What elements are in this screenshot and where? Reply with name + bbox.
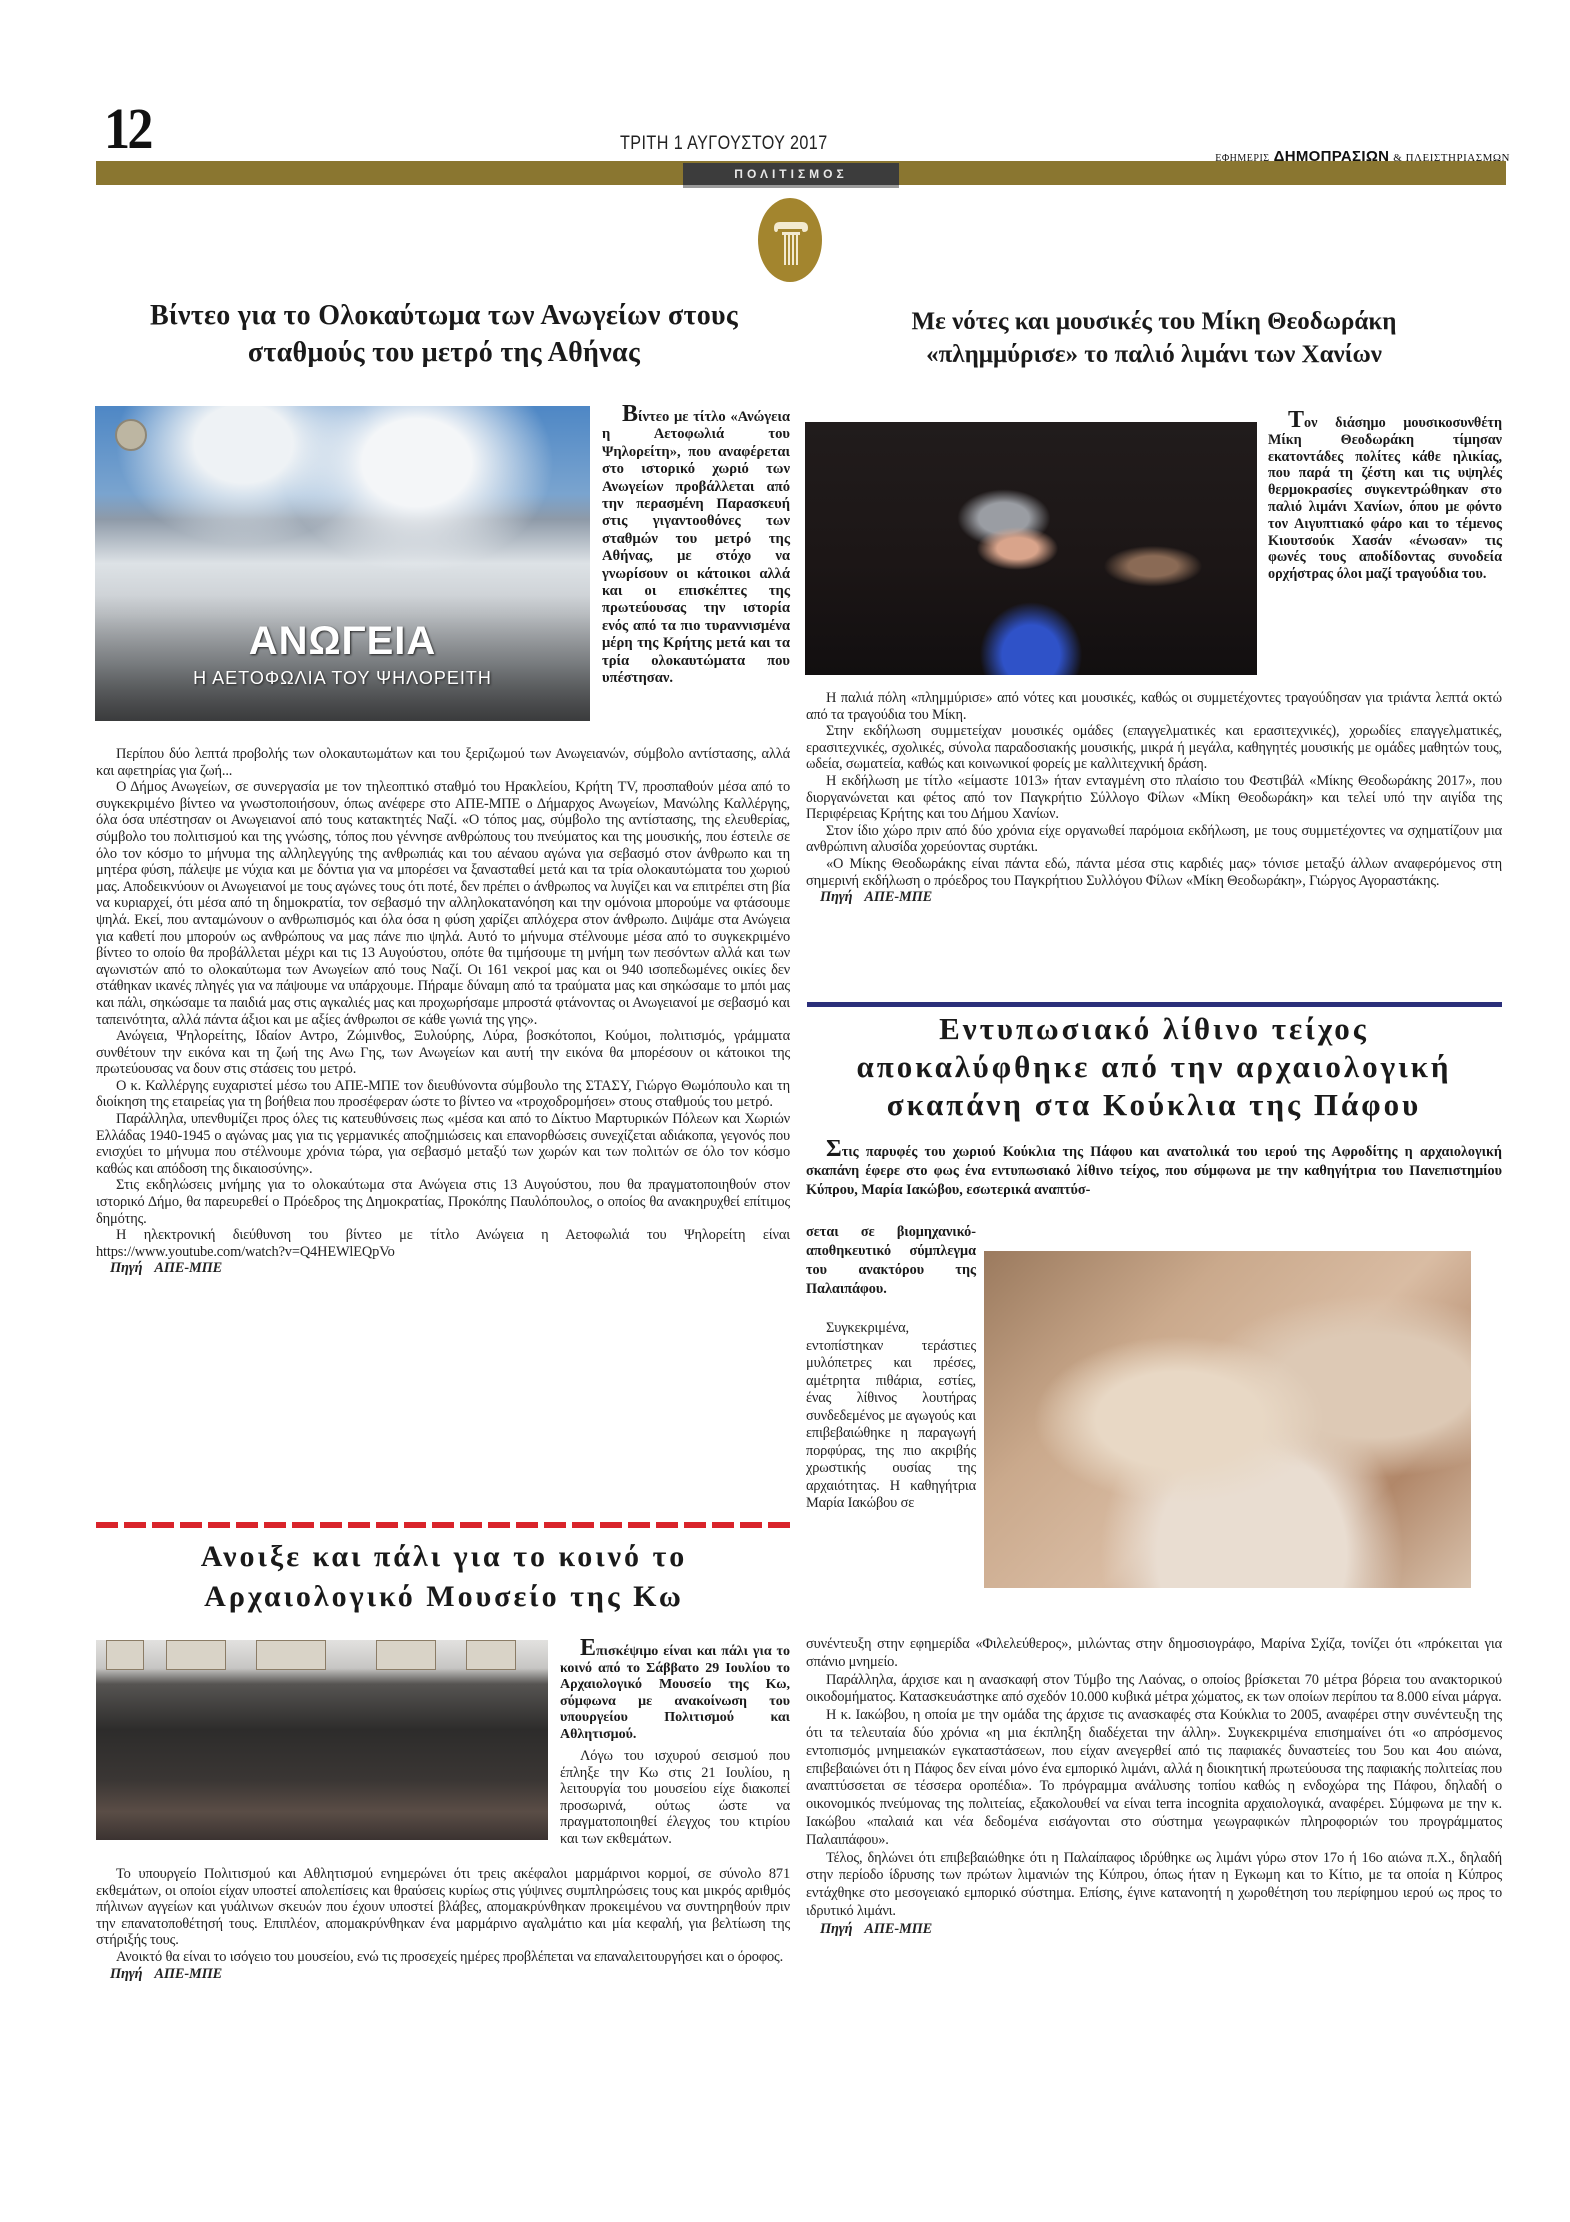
article-lead: Επισκέψιμο είναι και πάλι για το κοινό α… [560,1640,790,1743]
lead-text: ον διάσημο μουσικοσυνθέτη Μίκη Θεοδωράκη… [1268,415,1502,582]
excavation-site-photo [984,1251,1471,1588]
article-lead-continued: σεται σε βιομηχανικό-αποθηκευτικό σύμπλε… [806,1223,976,1299]
article-headline: Με νότες και μουσικές του Μίκη Θεοδωράκη… [806,305,1502,371]
article-lead: Τον διάσημο μουσικοσυνθέτη Μίκη Θεοδωράκ… [1268,412,1502,583]
article-source: ΠηγήΑΠΕ-ΜΠΕ [96,1966,790,1983]
photo-overlay-title: ΑΝΩΓΕΙΑ [95,619,590,664]
channel-logo-icon [115,419,147,451]
article-source: ΠηγήΑΠΕ-ΜΠΕ [806,1921,1502,1939]
article-body-side: Λόγω του ισχυρού σεισμού που έπληξε την … [560,1748,790,1848]
article-body: συνέντευξη στην εφημερίδα «Φιλελεύθερος»… [806,1636,1502,1939]
ionic-column-icon [758,198,822,282]
kos-museum-photo [96,1640,548,1840]
photo-overlay-subtitle: Η ΑΕΤΟΦΩΛΙΑ ΤΟΥ ΨΗΛΟΡΕΙΤΗ [95,668,590,689]
article-body: Το υπουργείο Πολιτισμού και Αθλητισμού ε… [96,1866,790,1982]
article-headline: Εντυπωσιακό λίθινο τείχος αποκαλύφθηκε α… [806,1010,1502,1124]
article-body: Η παλιά πόλη «πλημμύρισε» από νότες και … [806,690,1502,906]
section-label: ΠΟΛΙΤΙΣΜΟΣ [683,163,899,188]
article-source: ΠηγήΑΠΕ-ΜΠΕ [806,889,1502,906]
page-number: 12 [104,100,151,158]
blue-divider [807,1002,1502,1007]
red-dashed-divider [96,1522,792,1528]
article-source: ΠηγήΑΠΕ-ΜΠΕ [96,1260,790,1277]
anogeia-video-photo: ΑΝΩΓΕΙΑ Η ΑΕΤΟΦΩΛΙΑ ΤΟΥ ΨΗΛΟΡΕΙΤΗ [95,406,590,721]
theodorakis-concert-photo [805,422,1257,675]
article-headline: Βίντεο για το Ολοκαύτωμα των Ανωγείων στ… [96,298,792,372]
lead-text: ίντεο με τίτλο «Ανώγεια η Αετοφωλιά του … [602,409,790,686]
article-body: Περίπου δύο λεπτά προβολής των ολοκαυτωμ… [96,746,790,1277]
issue-date: ΤΡΙΤΗ 1 ΑΥΓΟΥΣΤΟΥ 2017 [620,133,828,155]
article-lead: Βίντεο με τίτλο «Ανώγεια η Αετοφωλιά του… [602,406,790,688]
article-body-side: Συγκεκριμένα, εντοπίστηκαν τεράστιες μυλ… [806,1320,976,1513]
article-lead: Στις παρυφές του χωριού Κούκλια της Πάφο… [806,1140,1502,1200]
article-headline: Ανοιξε και πάλι για το κοινό το Αρχαιολο… [96,1537,792,1616]
lead-text: τις παρυφές του χωριού Κούκλια της Πάφου… [806,1144,1502,1198]
